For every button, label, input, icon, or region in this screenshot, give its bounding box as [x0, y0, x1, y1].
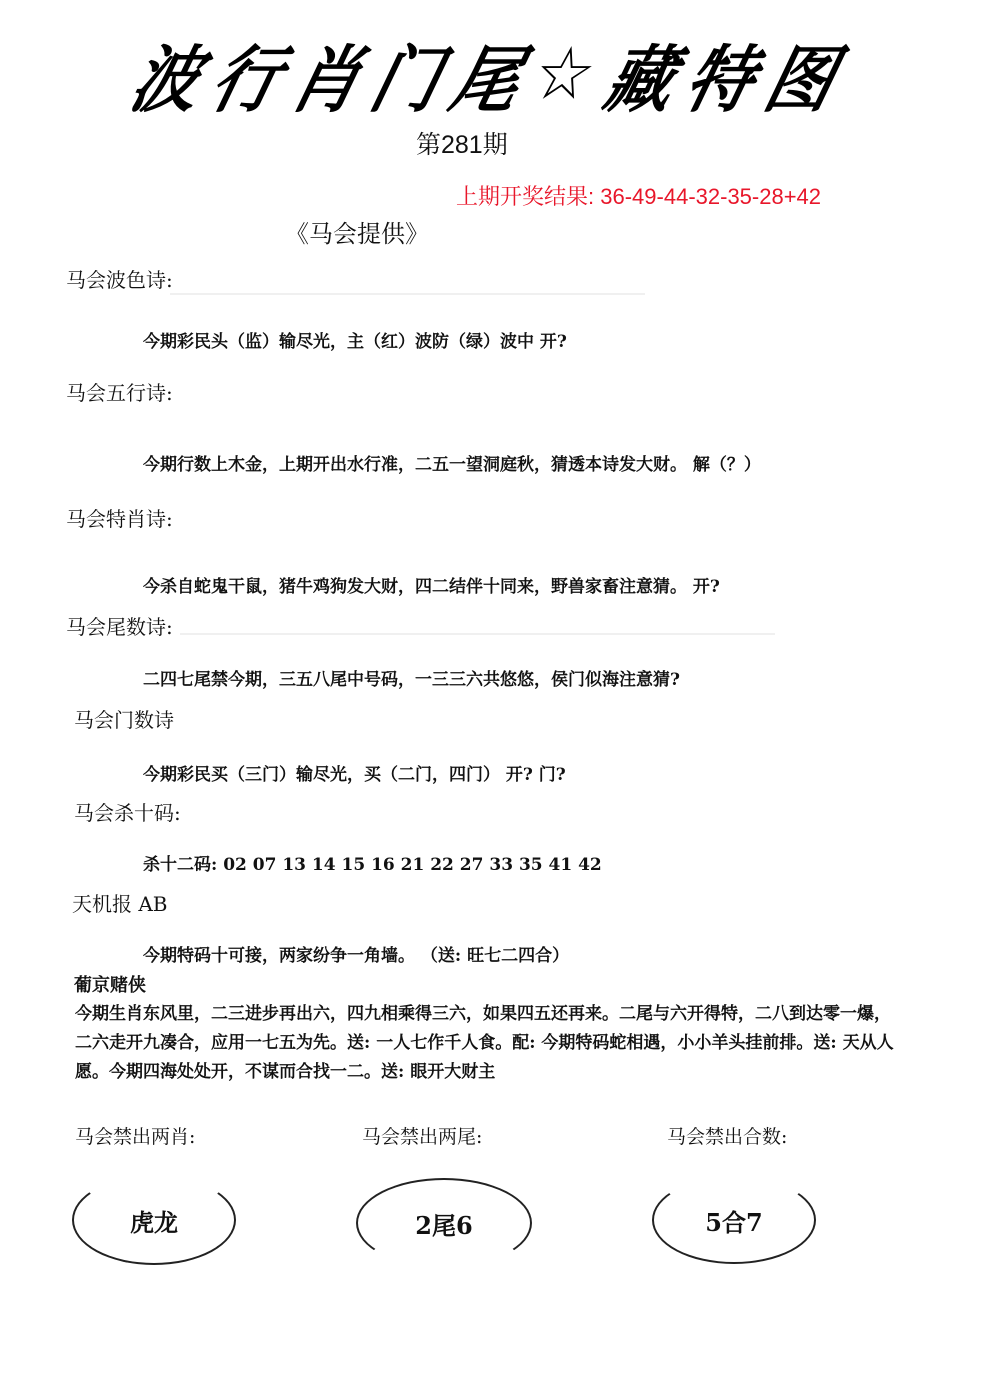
title-char: 肖 — [282, 21, 374, 126]
divider — [180, 633, 775, 635]
section-heading: 马会五行诗: — [66, 377, 173, 406]
section-content: 今期特码十可接，两家纷争一角墙。 （送: 旺七二四合） — [143, 941, 569, 966]
issue-number: 第281期 — [416, 125, 508, 161]
section-heading: 葡京赌侠 — [74, 971, 146, 997]
ban-value: 5合7 — [705, 1203, 762, 1238]
star-icon: ☆ — [525, 31, 605, 116]
ban-oval-tail: 2尾6 — [356, 1178, 532, 1268]
ban-label-tail: 马会禁出两尾: — [362, 1122, 482, 1149]
section-content: 今杀自蛇鬼干鼠，猪牛鸡狗发大财，四二结伴十同来，野兽家畜注意猜。 开? — [143, 572, 720, 597]
title-char: 门 — [362, 21, 454, 126]
provider-label: 《马会提供》 — [285, 214, 429, 249]
section-heading: 天机报 AB — [72, 888, 168, 917]
last-draw-result: 上期开奖结果: 36-49-44-32-35-28+42 — [456, 180, 821, 211]
section-content: 今期行数上木金，上期开出水行准，二五一望洞庭秋，猜透本诗发大财。 解（？） — [143, 450, 761, 475]
section-heading: 马会杀十码: — [74, 797, 181, 826]
title-char: 特 — [676, 21, 768, 126]
macau-paragraph: 今期生肖东风里，二三进步再出六，四九相乘得三六，如果四五还再来。二尾与六开得特，… — [75, 1000, 905, 1087]
title-char: 波 — [122, 21, 214, 126]
section-heading: 马会尾数诗: — [66, 611, 173, 640]
ban-oval-zodiac: 虎龙 — [72, 1175, 236, 1265]
page-title: 波 行 肖 门 尾 ☆ 藏 特 图 — [135, 28, 835, 118]
divider — [170, 293, 645, 295]
title-char: 尾 — [442, 21, 534, 126]
title-char: 藏 — [596, 21, 688, 126]
title-char: 行 — [202, 21, 294, 126]
section-heading: 马会门数诗 — [74, 704, 174, 733]
section-content: 今期彩民头（监）输尽光，主（红）波防（绿）波中 开? — [143, 327, 567, 352]
ban-label-sum: 马会禁出合数: — [667, 1122, 787, 1149]
title-char: 图 — [756, 21, 848, 126]
ban-label-zodiac: 马会禁出两肖: — [75, 1122, 195, 1149]
section-content: 杀十二码: 02 07 13 14 15 16 21 22 27 33 35 4… — [143, 850, 602, 875]
section-heading: 马会特肖诗: — [66, 503, 173, 532]
section-content: 今期彩民买（三门）输尽光，买（二门，四门） 开? 门? — [143, 760, 566, 785]
ban-value: 2尾6 — [415, 1206, 472, 1241]
last-result-numbers: 36-49-44-32-35-28+42 — [600, 184, 821, 209]
section-heading: 马会波色诗: — [66, 264, 173, 293]
section-content: 二四七尾禁今期，三五八尾中号码，一三三六共悠悠，侯门似海注意猜? — [143, 665, 680, 690]
ban-value: 虎龙 — [130, 1203, 178, 1238]
ban-oval-sum: 5合7 — [652, 1176, 816, 1264]
last-result-label: 上期开奖结果: — [456, 184, 594, 209]
